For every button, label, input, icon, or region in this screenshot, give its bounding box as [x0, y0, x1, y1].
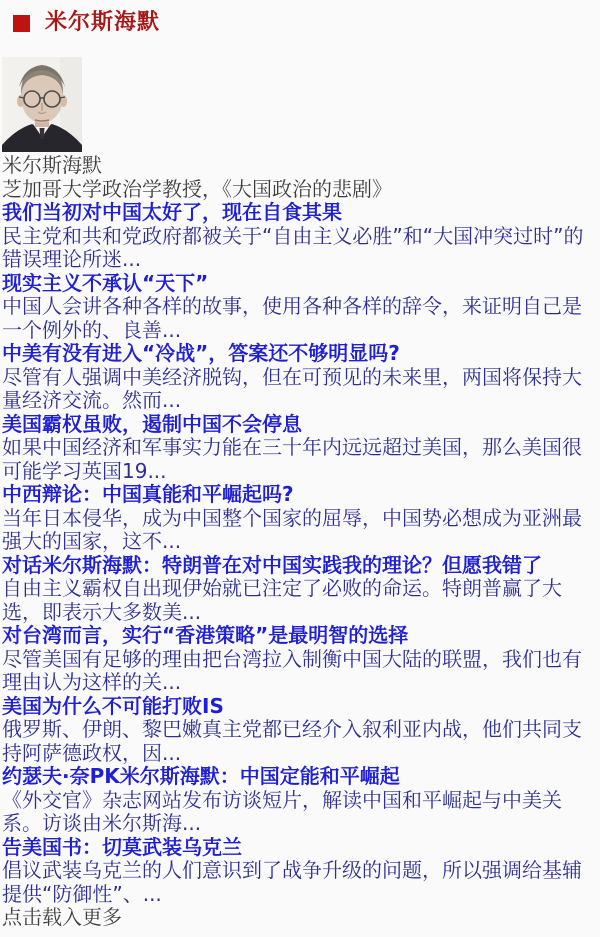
- article-item: 约瑟夫·奈PK米尔斯海默：中国定能和平崛起 《外交官》杂志网站发布访谈短片，解读…: [2, 765, 598, 836]
- author-name: 米尔斯海默: [2, 154, 598, 178]
- article-item: 中西辩论：中国真能和平崛起吗? 当年日本侵华，成为中国整个国家的屈辱，中国势必想…: [2, 483, 598, 554]
- article-title-link[interactable]: 中美有没有进入“冷战”，答案还不够明显吗?: [2, 342, 598, 366]
- article-title-link[interactable]: 对话米尔斯海默：特朗普在对中国实践我的理论？但愿我错了: [2, 554, 598, 578]
- article-title-link[interactable]: 对台湾而言，实行“香港策略”是最明智的选择: [2, 624, 598, 648]
- article-item: 对台湾而言，实行“香港策略”是最明智的选择 尽管美国有足够的理由把台湾拉入制衡中…: [2, 624, 598, 695]
- article-title-link[interactable]: 我们当初对中国太好了，现在自食其果: [2, 201, 598, 225]
- article-title-link[interactable]: 美国为什么不可能打败IS: [2, 695, 598, 719]
- article-item: 中美有没有进入“冷战”，答案还不够明显吗? 尽管有人强调中美经济脱钩，但在可预见…: [2, 342, 598, 413]
- author-photo: [2, 57, 82, 152]
- article-item: 告美国书：切莫武装乌克兰 倡议武装乌克兰的人们意识到了战争升级的问题，所以强调给…: [2, 836, 598, 907]
- article-item: 我们当初对中国太好了，现在自食其果 民主党和共和党政府都被关于“自由主义必胜”和…: [2, 201, 598, 272]
- portrait-illustration: [2, 57, 82, 152]
- article-title-link[interactable]: 美国霸权虽败，遏制中国不会停息: [2, 413, 598, 437]
- article-excerpt-link[interactable]: 中国人会讲各种各样的故事，使用各种各样的辞令，来证明自己是一个例外的、良善...: [2, 295, 598, 342]
- article-excerpt-link[interactable]: 尽管美国有足够的理由把台湾拉入制衡中国大陆的联盟，我们也有理由认为这样的关...: [2, 648, 598, 695]
- article-item: 现实主义不承认“天下” 中国人会讲各种各样的故事，使用各种各样的辞令，来证明自己…: [2, 272, 598, 343]
- section-header: 米尔斯海默: [0, 0, 600, 34]
- article-excerpt-link[interactable]: 如果中国经济和军事实力能在三十年内远远超过美国，那么美国很可能学习英国19...: [2, 436, 598, 483]
- article-title-link[interactable]: 告美国书：切莫武装乌克兰: [2, 836, 598, 860]
- article-item: 美国为什么不可能打败IS 俄罗斯、伊朗、黎巴嫩真主党都已经介入叙利亚内战，他们共…: [2, 695, 598, 766]
- article-excerpt-link[interactable]: 当年日本侵华，成为中国整个国家的屈辱，中国势必想成为亚洲最强大的国家，这不...: [2, 507, 598, 554]
- article-excerpt-link[interactable]: 自由主义霸权自出现伊始就已注定了必败的命运。特朗普赢了大选，即表示大多数美...: [2, 577, 598, 624]
- load-more-button[interactable]: 点击载入更多: [2, 906, 598, 930]
- article-excerpt-link[interactable]: 《外交官》杂志网站发布访谈短片，解读中国和平崛起与中美关系。访谈由米尔斯海...: [2, 789, 598, 836]
- article-excerpt-link[interactable]: 民主党和共和党政府都被关于“自由主义必胜”和“大国冲突过时”的错误理论所迷...: [2, 225, 598, 272]
- article-title-link[interactable]: 现实主义不承认“天下”: [2, 272, 598, 296]
- article-item: 美国霸权虽败，遏制中国不会停息 如果中国经济和军事实力能在三十年内远远超过美国，…: [2, 413, 598, 484]
- red-square-icon: [13, 15, 30, 32]
- article-item: 对话米尔斯海默：特朗普在对中国实践我的理论？但愿我错了 自由主义霸权自出现伊始就…: [2, 554, 598, 625]
- section-title: 米尔斯海默: [45, 12, 160, 34]
- article-title-link[interactable]: 中西辩论：中国真能和平崛起吗?: [2, 483, 598, 507]
- article-excerpt-link[interactable]: 俄罗斯、伊朗、黎巴嫩真主党都已经介入叙利亚内战，他们共同支持阿萨德政权，因...: [2, 718, 598, 765]
- author-description: 芝加哥大学政治学教授，《大国政治的悲剧》: [2, 178, 598, 202]
- article-list: 米尔斯海默 芝加哥大学政治学教授，《大国政治的悲剧》 我们当初对中国太好了，现在…: [0, 152, 600, 930]
- article-excerpt-link[interactable]: 尽管有人强调中美经济脱钩，但在可预见的未来里，两国将保持大量经济交流。然而...: [2, 366, 598, 413]
- article-excerpt-link[interactable]: 倡议武装乌克兰的人们意识到了战争升级的问题，所以强调给基辅提供“防御性”、...: [2, 859, 598, 906]
- article-title-link[interactable]: 约瑟夫·奈PK米尔斯海默：中国定能和平崛起: [2, 765, 598, 789]
